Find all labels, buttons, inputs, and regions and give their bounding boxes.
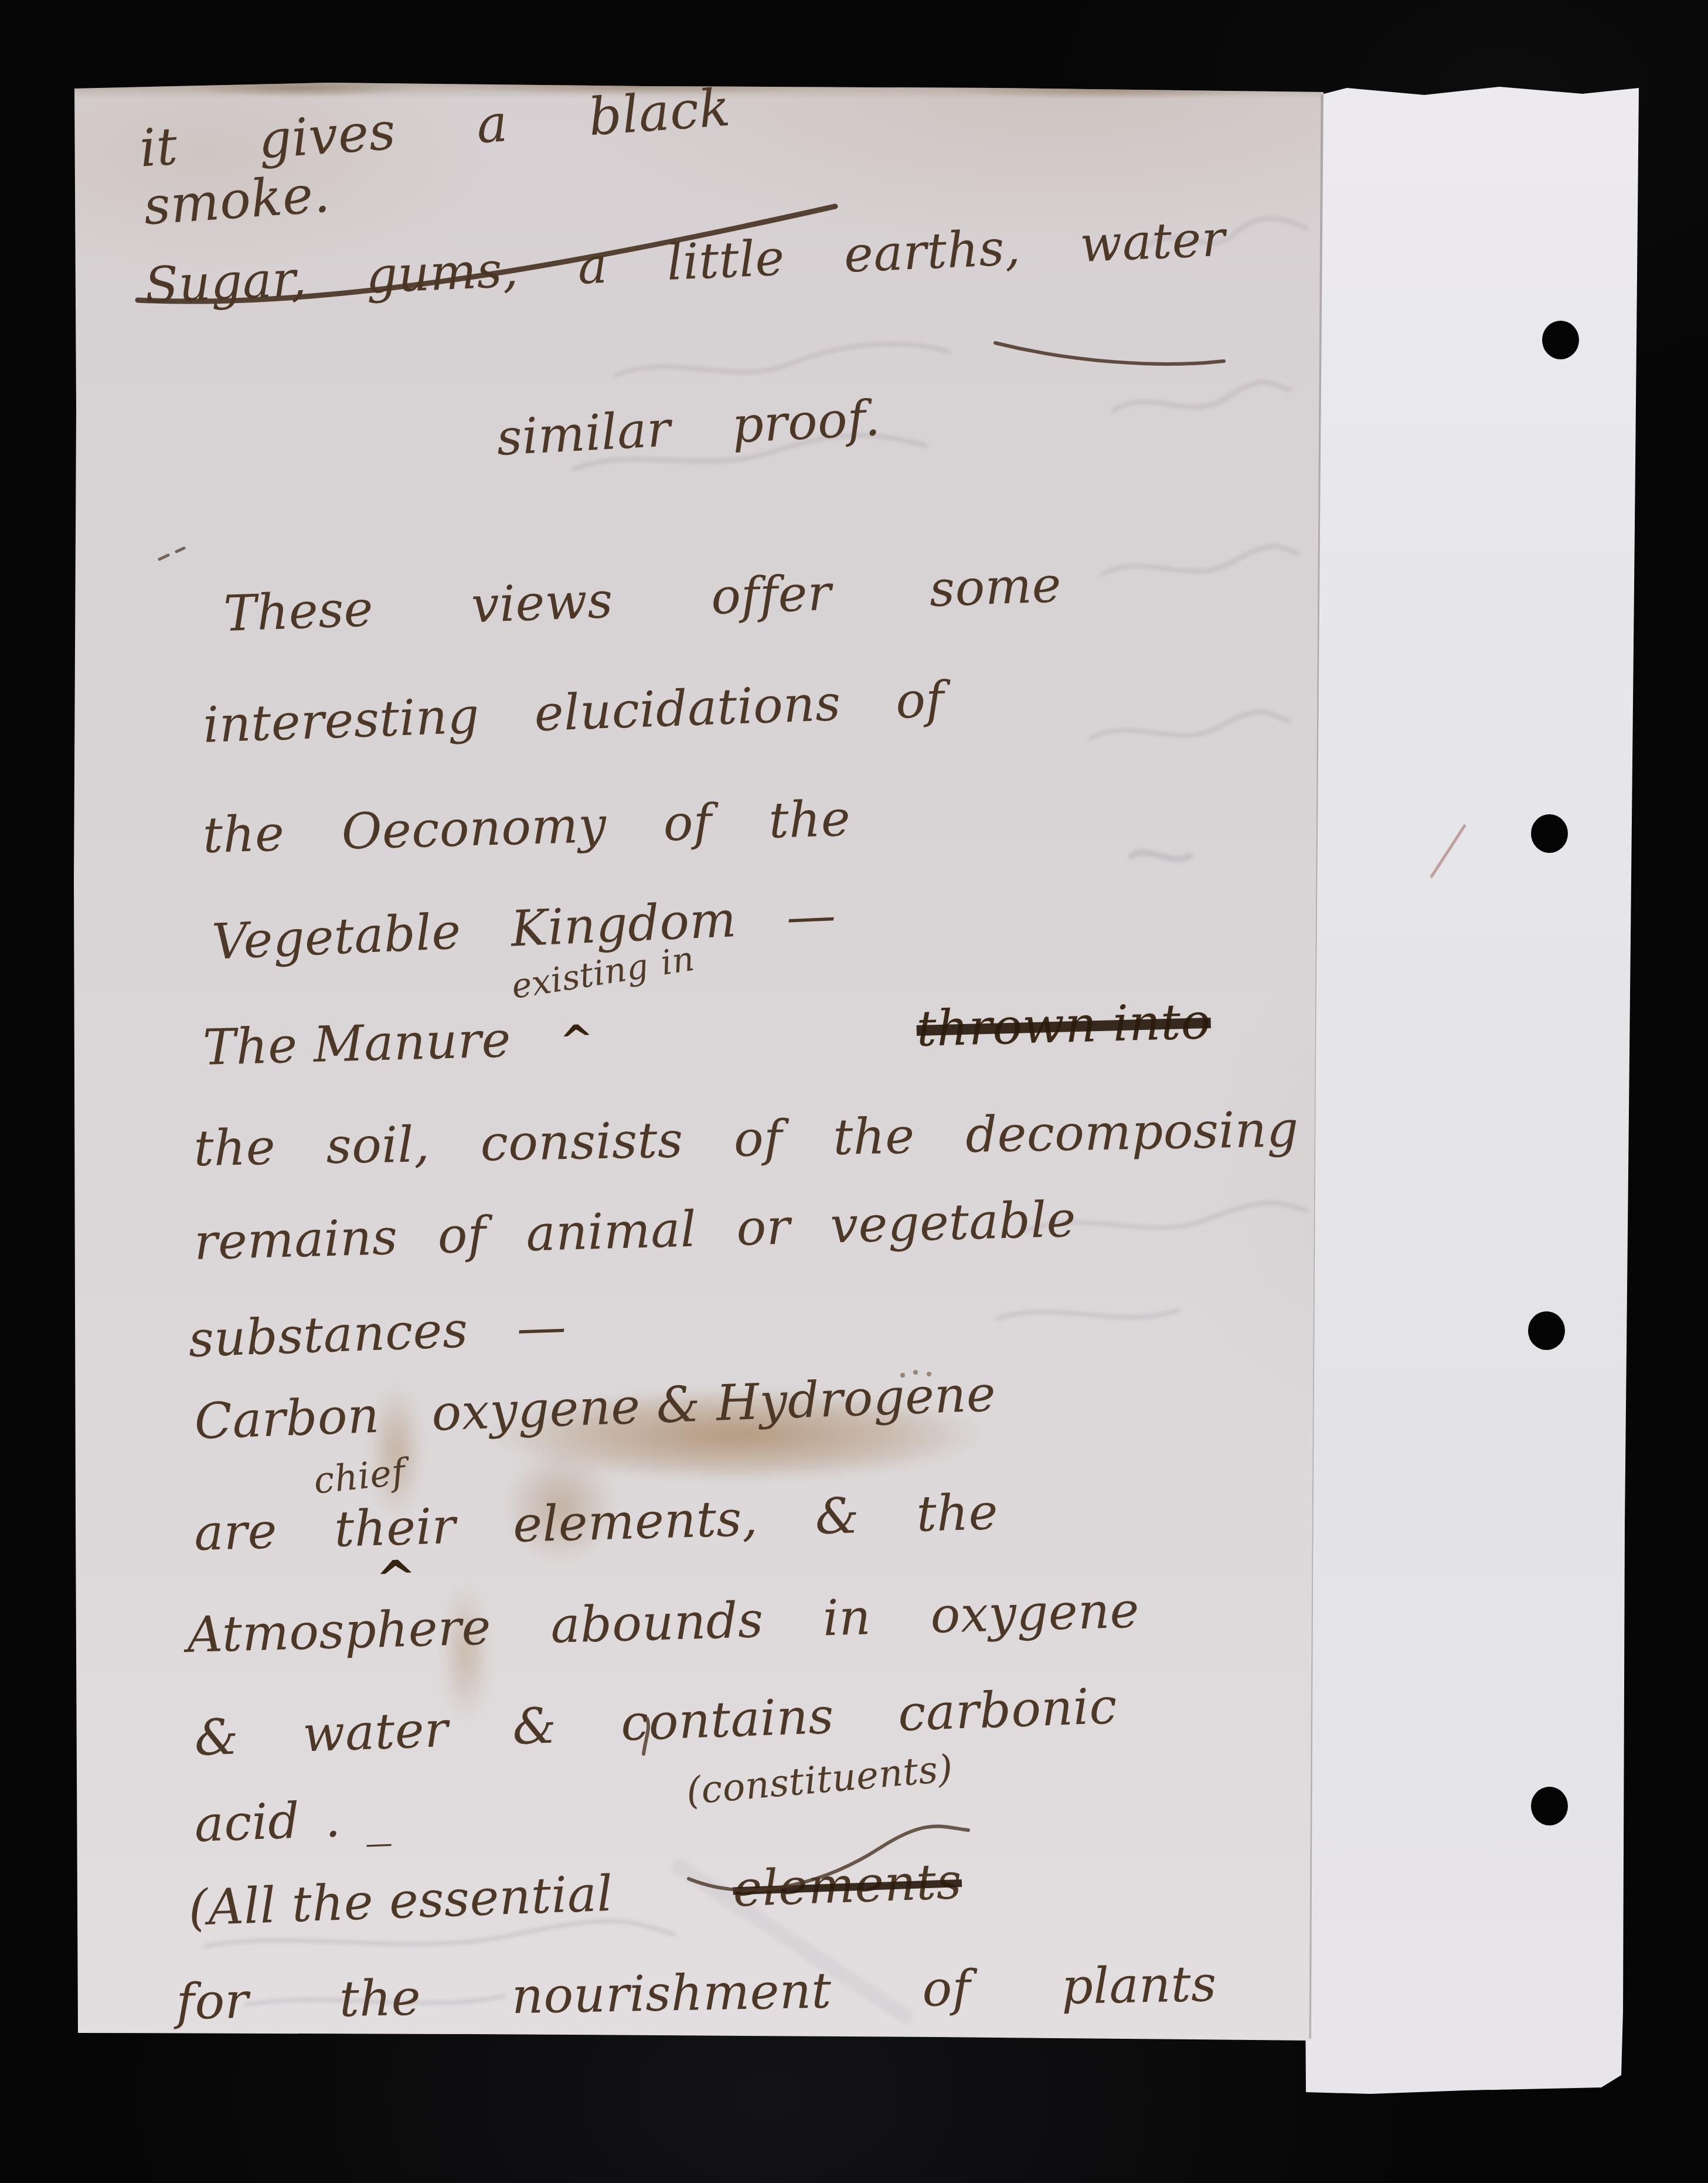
paragraph-ditto-marks <box>159 548 184 559</box>
photo-backdrop: it gives a black smoke. Sugar, gums, a l… <box>0 0 1708 2183</box>
body-line-7: remains of animal or vegetable <box>193 1192 1077 1270</box>
body-line-5-text: The Manure <box>202 1012 512 1075</box>
body-line-3: the Oeconomy of the <box>202 791 851 863</box>
body-line-2: interesting elucidations of <box>202 672 945 753</box>
insertion-constituents: (constituents) <box>685 1750 938 1814</box>
body-line-14-text: (All the essential <box>188 1866 614 1936</box>
heading-line-2: Sugar, gums, a little earths, water <box>144 211 1226 313</box>
body-line-9: Carbon oxygene & Hydrogene <box>193 1366 996 1449</box>
body-line-15: for the nourishment of plants <box>176 1956 1217 2029</box>
body-line-14: (All the essential elements <box>188 1854 962 1936</box>
body-line-13: acid . _ <box>193 1790 392 1852</box>
body-line-6: the soil, consists of the decomposing <box>193 1101 1299 1176</box>
underline-earths-water <box>995 343 1224 364</box>
heading-line-3: similar proof. <box>495 390 882 465</box>
caret-mark-2: ^ <box>374 1548 418 1609</box>
body-line-10: are their elements, & the <box>193 1484 999 1560</box>
body-line-11: Atmosphere abounds in oxygene <box>186 1582 1140 1662</box>
heading-line-1: it gives a black smoke. <box>138 79 736 236</box>
body-line-12: & water & contains carbonic <box>193 1678 1118 1766</box>
punch-hole-1 <box>1542 321 1579 359</box>
struck-thrown-into: thrown into <box>916 994 1212 1056</box>
scratch-mark <box>1430 824 1467 878</box>
body-line-8: substances — <box>188 1298 567 1367</box>
body-line-4: Vegetable Kingdom — <box>211 888 837 970</box>
punch-hole-2 <box>1531 814 1568 853</box>
insertion-chief: chief <box>312 1445 467 1501</box>
punch-hole-3 <box>1528 1311 1565 1350</box>
punch-hole-4 <box>1531 1787 1568 1825</box>
word-carbon: Carbon <box>193 1388 380 1449</box>
words-oxygene-hydrogene: oxygene & Hydrogene <box>431 1366 997 1441</box>
body-line-5: The Manure thrown into <box>202 994 1212 1075</box>
body-line-1: These views offer some <box>223 557 1062 641</box>
struck-elements: elements <box>732 1854 963 1917</box>
